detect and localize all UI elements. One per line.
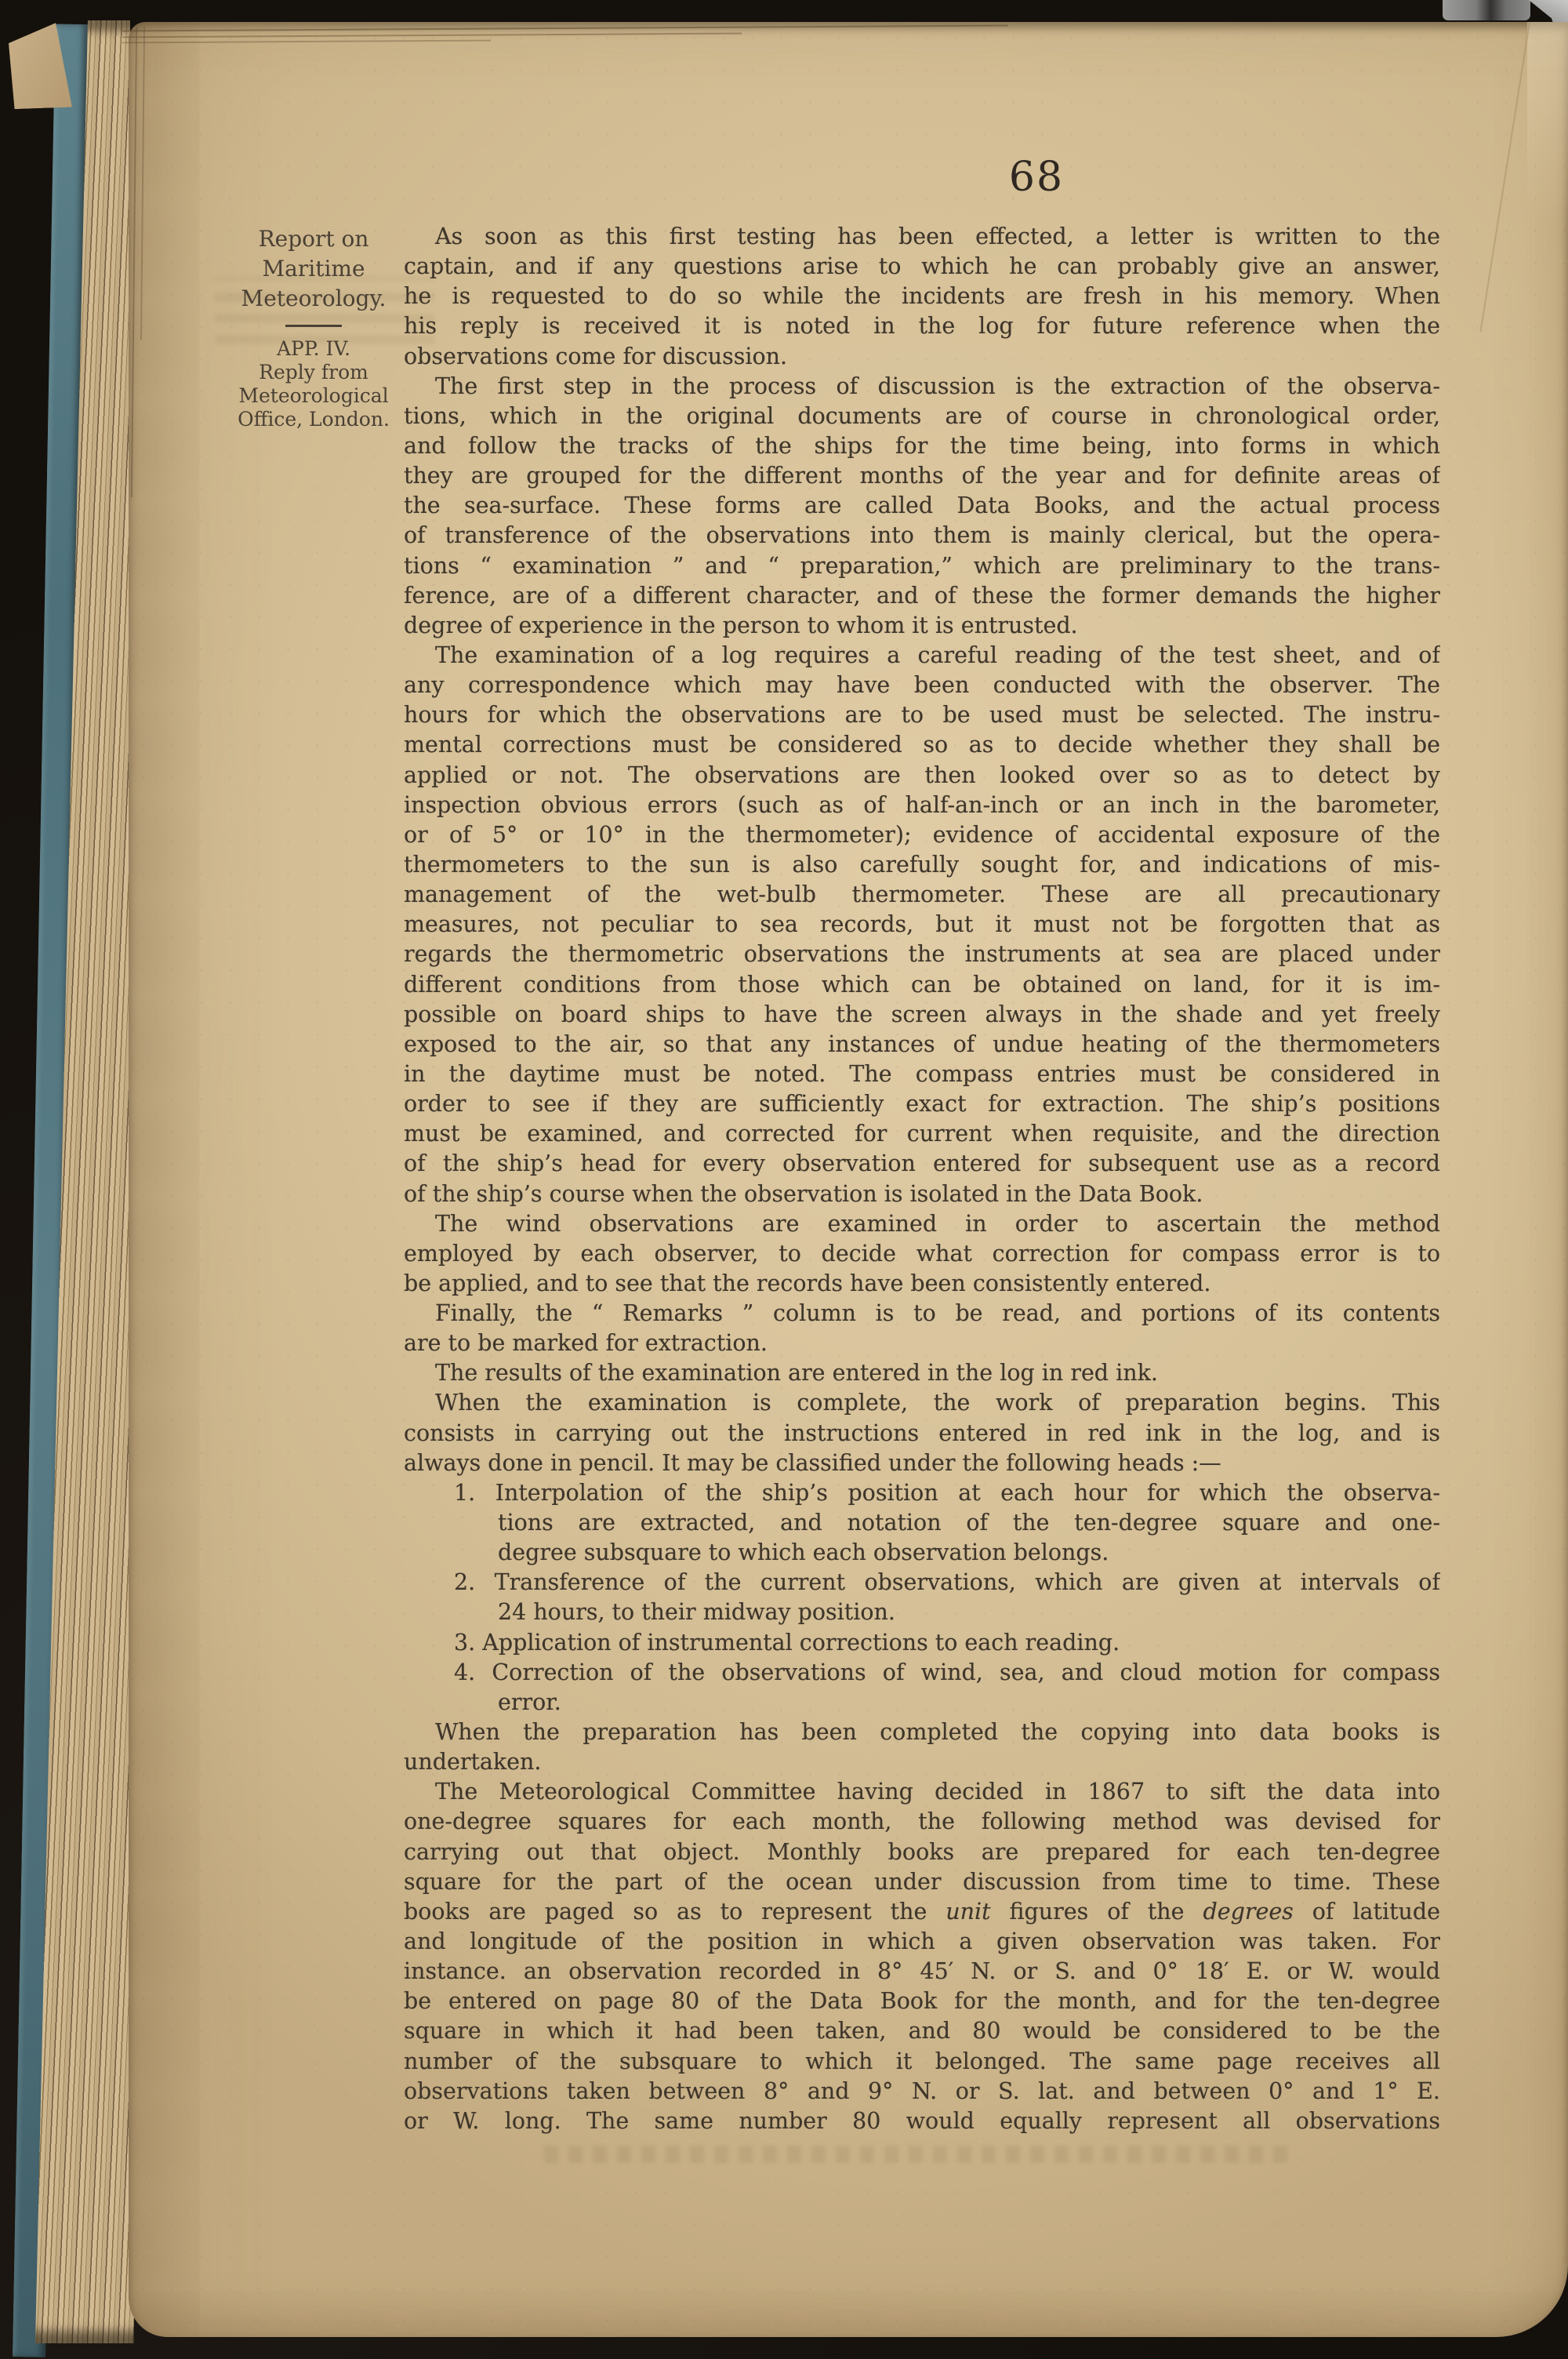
page-number: 68 xyxy=(989,154,1083,201)
body-line: must be examined, and corrected for curr… xyxy=(404,1119,1440,1149)
body-line: one-degree squares for each month, the f… xyxy=(404,1807,1440,1837)
body-line: be entered on page 80 of the Data Book f… xyxy=(404,1986,1440,2016)
body-line: exposed to the air, so that any instance… xyxy=(404,1030,1440,1060)
body-line: consists in carrying out the instruction… xyxy=(404,1419,1440,1448)
body-line: his reply is received it is noted in the… xyxy=(404,311,1440,341)
body-line: tions “ examination ” and “ preparation,… xyxy=(404,551,1440,581)
body-line: the sea-surface. These forms are called … xyxy=(404,491,1440,521)
body-line: The results of the examination are enter… xyxy=(404,1358,1440,1388)
body-line: captain, and if any questions arise to w… xyxy=(404,252,1440,282)
body-line: possible on board ships to have the scre… xyxy=(404,1000,1440,1030)
body-line: The first step in the process of discuss… xyxy=(404,372,1440,402)
body-line: different conditions from those which ca… xyxy=(404,970,1440,1000)
body-line: of the ship’s course when the observatio… xyxy=(404,1179,1440,1209)
body-line: they are grouped for the different month… xyxy=(404,461,1440,491)
body-line: management of the wet-bulb thermometer. … xyxy=(404,880,1440,910)
body-line: error. xyxy=(404,1688,1440,1717)
body-line: 3. Application of instrumental correctio… xyxy=(404,1628,1440,1658)
body-line: books are paged so as to represent the u… xyxy=(404,1897,1440,1927)
body-line: order to see if they are sufficiently ex… xyxy=(404,1089,1440,1119)
body-line: always done in pencil. It may be classif… xyxy=(404,1448,1440,1478)
body-line: When the examination is complete, the wo… xyxy=(404,1388,1440,1418)
margin-note-title-line: Maritime xyxy=(196,254,431,284)
margin-note-ref-line: Reply from xyxy=(196,361,431,384)
body-line: instance. an observation recorded in 8° … xyxy=(404,1957,1440,1986)
body-line: of the ship’s head for every observation… xyxy=(404,1149,1440,1179)
body-line: observations come for discussion. xyxy=(404,342,1440,372)
body-line: hours for which the observations are to … xyxy=(404,700,1440,730)
body-text: As soon as this first testing has been e… xyxy=(404,222,1440,2136)
scanner-clip xyxy=(1443,0,1530,20)
body-line: or of 5° or 10° in the thermometer); evi… xyxy=(404,820,1440,850)
body-line: carrying out that object. Monthly books … xyxy=(404,1837,1440,1867)
body-line: be applied, and to see that the records … xyxy=(404,1269,1440,1299)
body-line: or W. long. The same number 80 would equ… xyxy=(404,2106,1440,2136)
margin-note-ref-line: APP. IV. xyxy=(196,337,431,361)
body-line: and longitude of the position in which a… xyxy=(404,1927,1440,1957)
page-edge-line xyxy=(131,27,137,497)
margin-note-ref-line: Office, London. xyxy=(196,408,431,431)
page-edge-line xyxy=(122,40,491,44)
body-line: degree subsquare to which each observati… xyxy=(404,1538,1440,1568)
body-line: degree of experience in the person to wh… xyxy=(404,611,1440,641)
body-line: measures, not peculiar to sea records, b… xyxy=(404,910,1440,940)
body-line: regards the thermometric observations th… xyxy=(404,940,1440,969)
body-line: square in which it had been taken, and 8… xyxy=(404,2016,1440,2046)
body-line: 1. Interpolation of the ship’s position … xyxy=(404,1478,1440,1508)
body-line: of transference of the observations into… xyxy=(404,521,1440,551)
body-line: tions are extracted, and notation of the… xyxy=(404,1508,1440,1538)
margin-note-title-line: Meteorology. xyxy=(196,284,431,314)
body-line: thermometers to the sun is also carefull… xyxy=(404,850,1440,880)
body-line: undertaken. xyxy=(404,1747,1440,1777)
body-line: The wind observations are examined in or… xyxy=(404,1209,1440,1239)
body-line: mental corrections must be considered so… xyxy=(404,730,1440,760)
page-edge-line xyxy=(122,33,742,38)
page-edge-line xyxy=(122,25,1008,32)
margin-note-title-line: Report on xyxy=(196,224,431,254)
bleed-through-ghost xyxy=(544,2146,1297,2163)
body-line: 24 hours, to their midway position. xyxy=(404,1598,1440,1627)
book-page: 68 Report on Maritime Meteorology. APP. … xyxy=(129,22,1568,2337)
body-line: When the preparation has been completed … xyxy=(404,1717,1440,1747)
body-line: The examination of a log requires a care… xyxy=(404,641,1440,671)
body-line: number of the subsquare to which it belo… xyxy=(404,2047,1440,2077)
body-line: observations taken between 8° and 9° N. … xyxy=(404,2077,1440,2106)
body-line: in the daytime must be noted. The compas… xyxy=(404,1060,1440,1089)
body-line: 4. Correction of the observations of win… xyxy=(404,1658,1440,1688)
body-line: The Meteorological Committee having deci… xyxy=(404,1777,1440,1807)
body-line: tions, which in the original documents a… xyxy=(404,402,1440,431)
page-edge-line xyxy=(140,27,145,340)
body-line: applied or not. The observations are the… xyxy=(404,761,1440,791)
margin-note-divider xyxy=(285,325,342,327)
margin-note: Report on Maritime Meteorology. APP. IV.… xyxy=(196,224,431,431)
body-line: inspection obvious errors (such as of ha… xyxy=(404,791,1440,820)
body-line: square for the part of the ocean under d… xyxy=(404,1867,1440,1897)
body-line: and follow the tracks of the ships for t… xyxy=(404,431,1440,461)
book-scan: 68 Report on Maritime Meteorology. APP. … xyxy=(0,0,1568,2359)
page-corner-crease xyxy=(1527,22,1568,351)
body-line: are to be marked for extraction. xyxy=(404,1329,1440,1358)
body-line: any correspondence which may have been c… xyxy=(404,671,1440,700)
margin-note-ref-line: Meteorological xyxy=(196,384,431,408)
body-line: As soon as this first testing has been e… xyxy=(404,222,1440,252)
body-line: ference, are of a different character, a… xyxy=(404,581,1440,611)
body-line: employed by each observer, to decide wha… xyxy=(404,1239,1440,1269)
body-line: 2. Transference of the current observati… xyxy=(404,1568,1440,1598)
body-line: Finally, the “ Remarks ” column is to be… xyxy=(404,1299,1440,1329)
body-line: he is requested to do so while the incid… xyxy=(404,282,1440,311)
